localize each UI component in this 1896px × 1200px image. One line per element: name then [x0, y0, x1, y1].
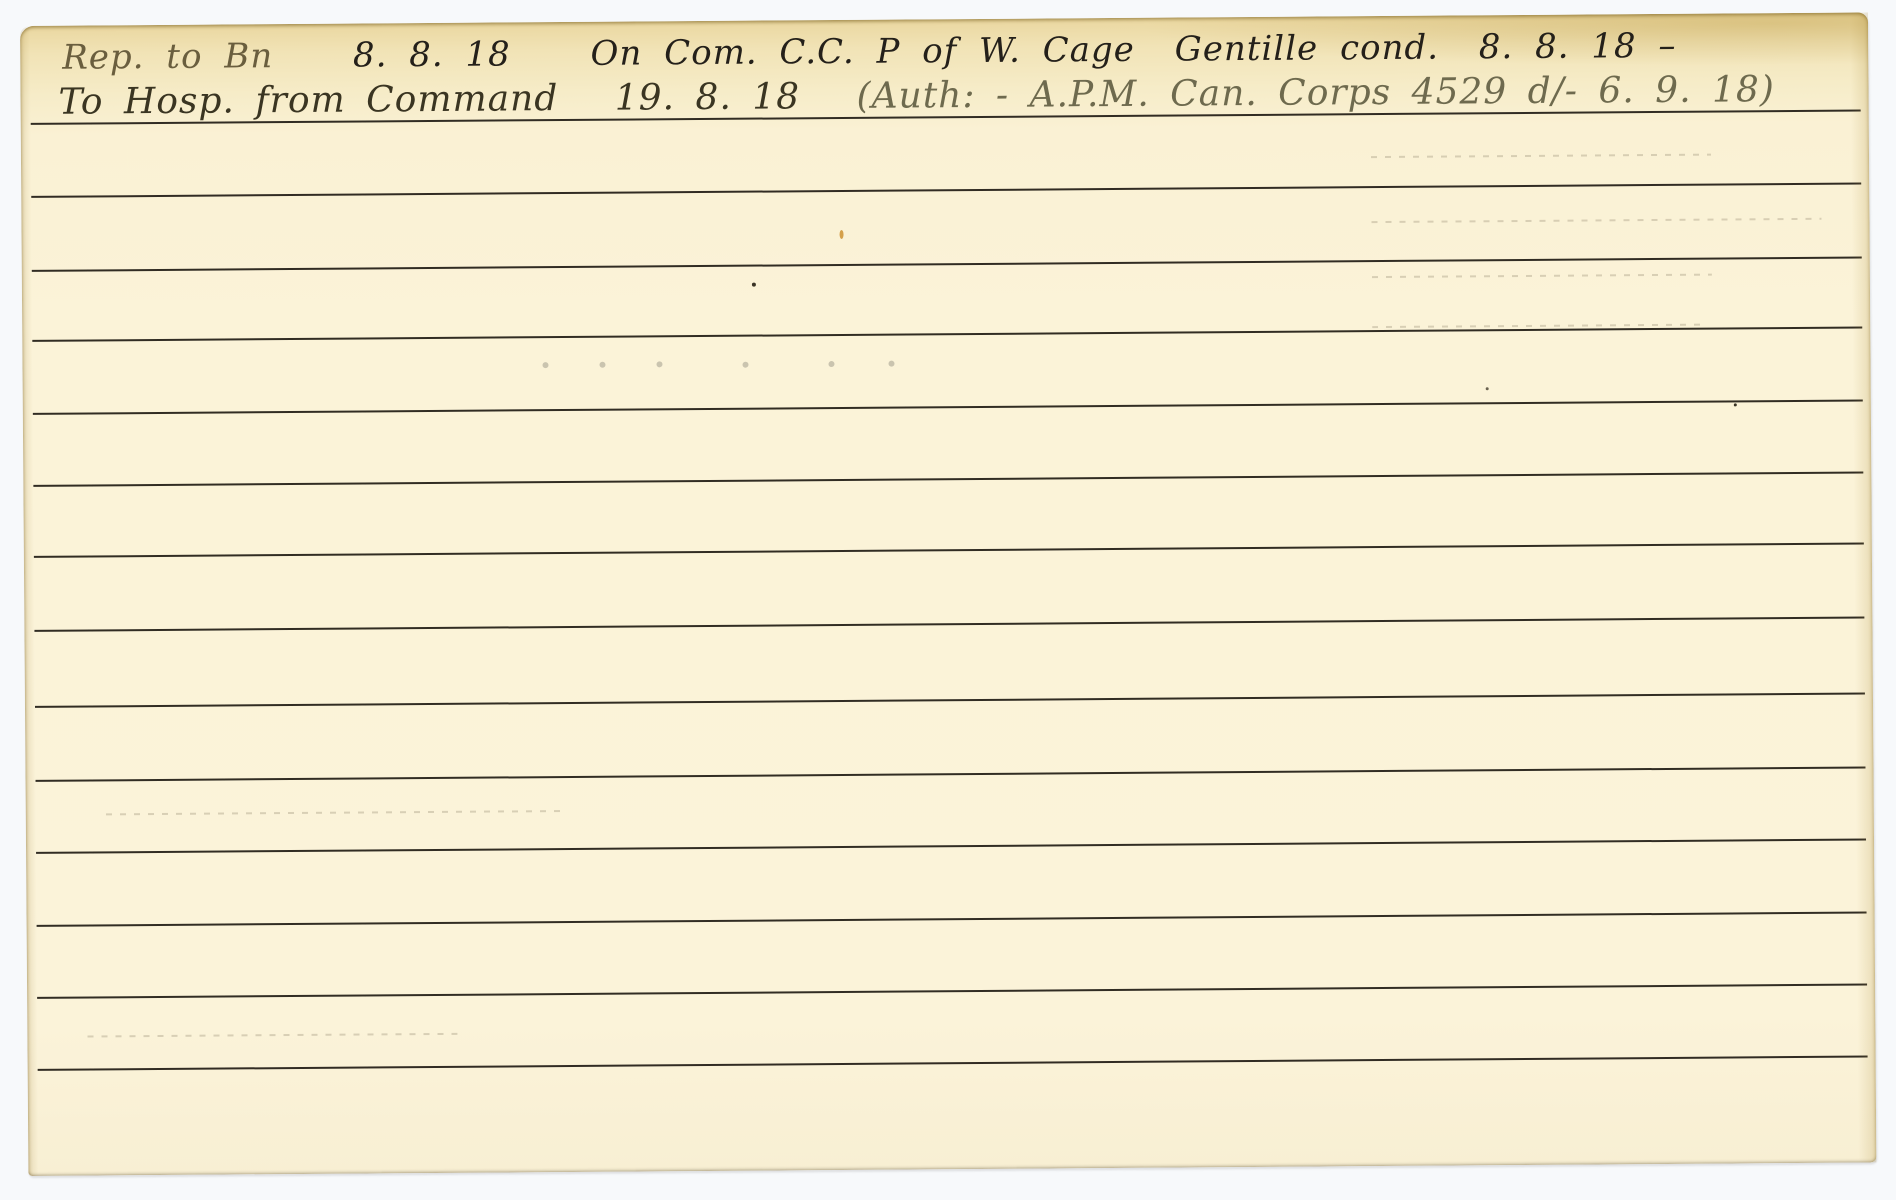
entry-to-hospital: To Hosp. from Command — [58, 78, 558, 123]
show-through-line — [1371, 218, 1821, 223]
ruled-line-14 — [38, 1055, 1868, 1070]
ink-speck — [1486, 387, 1489, 390]
ink-speck — [752, 283, 756, 287]
entry-to-hospital-date: 19. 8. 18 — [615, 76, 801, 118]
ruled-line-9 — [35, 692, 1865, 707]
show-through-line — [1372, 274, 1712, 278]
ink-speck — [1734, 403, 1737, 406]
entry-on-command: On Com. C.C. P of W. Cage — [590, 30, 1135, 74]
ruled-line-7 — [34, 542, 1864, 557]
ruled-line-4 — [32, 327, 1862, 342]
entry-rep-to-bn-date: 8. 8. 18 — [353, 34, 511, 75]
handwritten-line-2: To Hosp. from Command 19. 8. 18 (Auth: -… — [58, 69, 1811, 123]
entry-on-command-date: 8. 8. 18 – — [1479, 26, 1677, 67]
show-through-dot — [828, 361, 834, 367]
entry-rep-to-bn: Rep. to Bn — [62, 36, 273, 78]
entry-authority: (Auth: - A.P.M. Can. Corps 4529 d/- 6. 9… — [856, 69, 1775, 117]
show-through-dot — [599, 362, 605, 368]
ruled-line-6 — [33, 471, 1863, 486]
ruled-line-5 — [33, 400, 1863, 415]
show-through-dot — [888, 361, 894, 367]
show-through-dot — [656, 361, 662, 367]
ruled-line-12 — [37, 911, 1867, 926]
ruled-line-2 — [31, 183, 1861, 198]
ruled-line-10 — [36, 766, 1866, 781]
ruled-line-13 — [37, 983, 1867, 998]
ruled-line-3 — [32, 257, 1862, 272]
orange-stain — [840, 230, 844, 239]
record-card: Rep. to Bn 8. 8. 18 On Com. C.C. P of W.… — [20, 12, 1876, 1176]
show-through-line — [87, 1033, 457, 1038]
show-through-dot — [742, 362, 748, 368]
ruled-line-11 — [36, 838, 1866, 853]
show-through-line — [1371, 154, 1711, 158]
handwritten-line-1: Rep. to Bn 8. 8. 18 On Com. C.C. P of W.… — [62, 25, 1734, 77]
show-through-line — [106, 810, 566, 815]
ruled-line-8 — [34, 616, 1864, 631]
entry-on-command-place: Gentille cond. — [1174, 28, 1439, 70]
show-through-dot — [542, 362, 548, 368]
scanned-document: Rep. to Bn 8. 8. 18 On Com. C.C. P of W.… — [0, 0, 1896, 1200]
